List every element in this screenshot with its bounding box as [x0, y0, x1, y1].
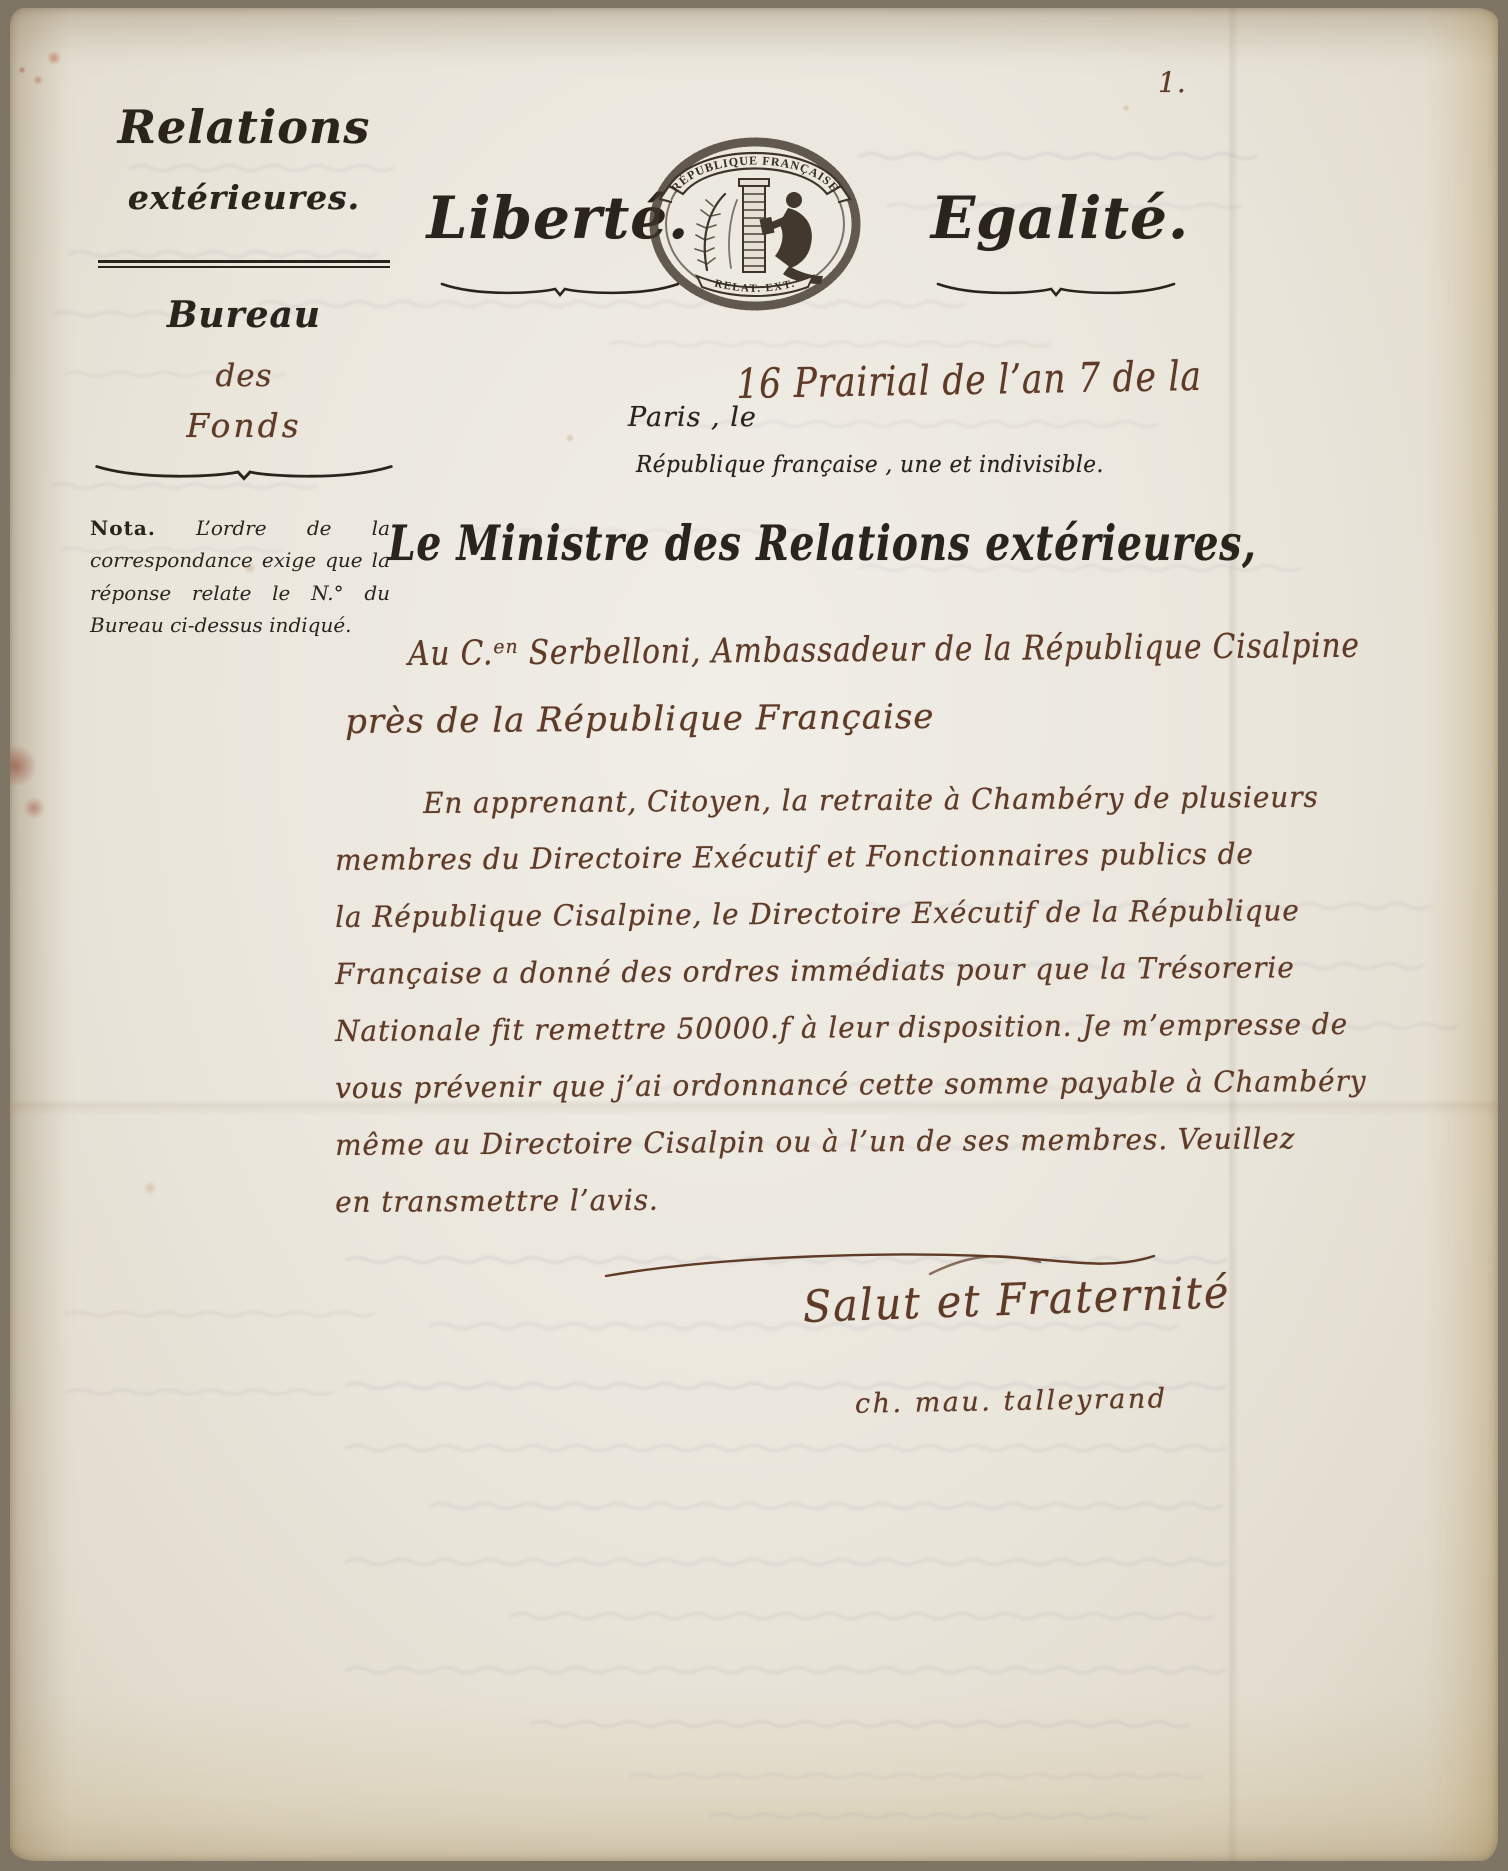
address-line-1: Au C.ᵉⁿ Serbelloni, Ambassadeur de la Ré…	[408, 626, 1360, 674]
brace-flourish	[934, 278, 1178, 300]
bureau-label: Bureau	[88, 294, 400, 336]
address-line-2: près de la République Française	[345, 697, 935, 742]
letter-body: En apprenant, Citoyen, la retraite à Cha…	[335, 786, 1245, 1256]
letter-page: 1. Relations extérieures. Bureau des Fon…	[10, 8, 1498, 1861]
ghost-line	[630, 1774, 1202, 1778]
ghost-line	[610, 342, 1050, 346]
ghost-line	[70, 252, 378, 257]
bureau-service-handwritten-2: Fonds	[88, 406, 400, 445]
service-name-line1: Relations	[88, 100, 400, 154]
body-line: même au Directoire Cisalpin ou à l’un de…	[335, 1121, 1295, 1162]
ghost-line	[130, 166, 394, 171]
ministry-seal: RÉPUBLIQUE FRANÇAISE RELAT. EXT.	[643, 128, 867, 314]
bureau-service-handwritten-1: des	[88, 358, 400, 394]
seal-seated-figure	[759, 192, 823, 284]
body-line: En apprenant, Citoyen, la retraite à Cha…	[423, 780, 1319, 820]
body-line: membres du Directoire Exécutif et Foncti…	[335, 837, 1254, 877]
body-line: la République Cisalpine, le Directoire E…	[335, 893, 1300, 934]
ghost-line	[710, 1814, 1150, 1818]
body-line: vous prévenir que j’ai ordonnancé cette …	[335, 1064, 1367, 1105]
body-line: en transmettre l’avis.	[335, 1183, 659, 1219]
ghost-line	[510, 1614, 1214, 1619]
page-number: 1.	[1158, 66, 1187, 99]
ghost-line	[66, 1312, 374, 1316]
double-rule-divider	[98, 260, 390, 268]
ghost-line	[346, 1560, 1226, 1565]
letter-heading: Le Ministre des Relations extérieures,	[388, 514, 1257, 572]
signature-talleyrand: ch. mau. talleyrand	[855, 1383, 1168, 1419]
nota-paragraph: Nota. L’ordre de la correspondance exige…	[90, 512, 390, 642]
seal-laurel-branch	[695, 194, 737, 270]
dateline-handwritten-date: 16 Prairial de l’an 7 de la	[736, 352, 1202, 408]
service-name-line2: extérieures.	[88, 178, 400, 217]
ghost-line	[430, 1504, 1222, 1509]
ghost-line	[346, 1668, 1226, 1673]
ghost-line	[346, 1446, 1226, 1451]
ghost-line	[68, 1390, 332, 1394]
brace-flourish	[92, 460, 396, 484]
ghost-line	[52, 484, 316, 488]
body-line: Nationale fit remettre 50000.f à leur di…	[335, 1007, 1348, 1048]
ghost-line	[530, 1722, 1190, 1727]
ghost-line	[860, 154, 1256, 159]
dateline-republic: République française , une et indivisibl…	[636, 450, 1104, 478]
nota-label: Nota.	[90, 516, 156, 540]
body-line: Française a donné des ordres immédiats p…	[335, 950, 1295, 991]
motto-egalite: Egalité.	[905, 184, 1215, 252]
